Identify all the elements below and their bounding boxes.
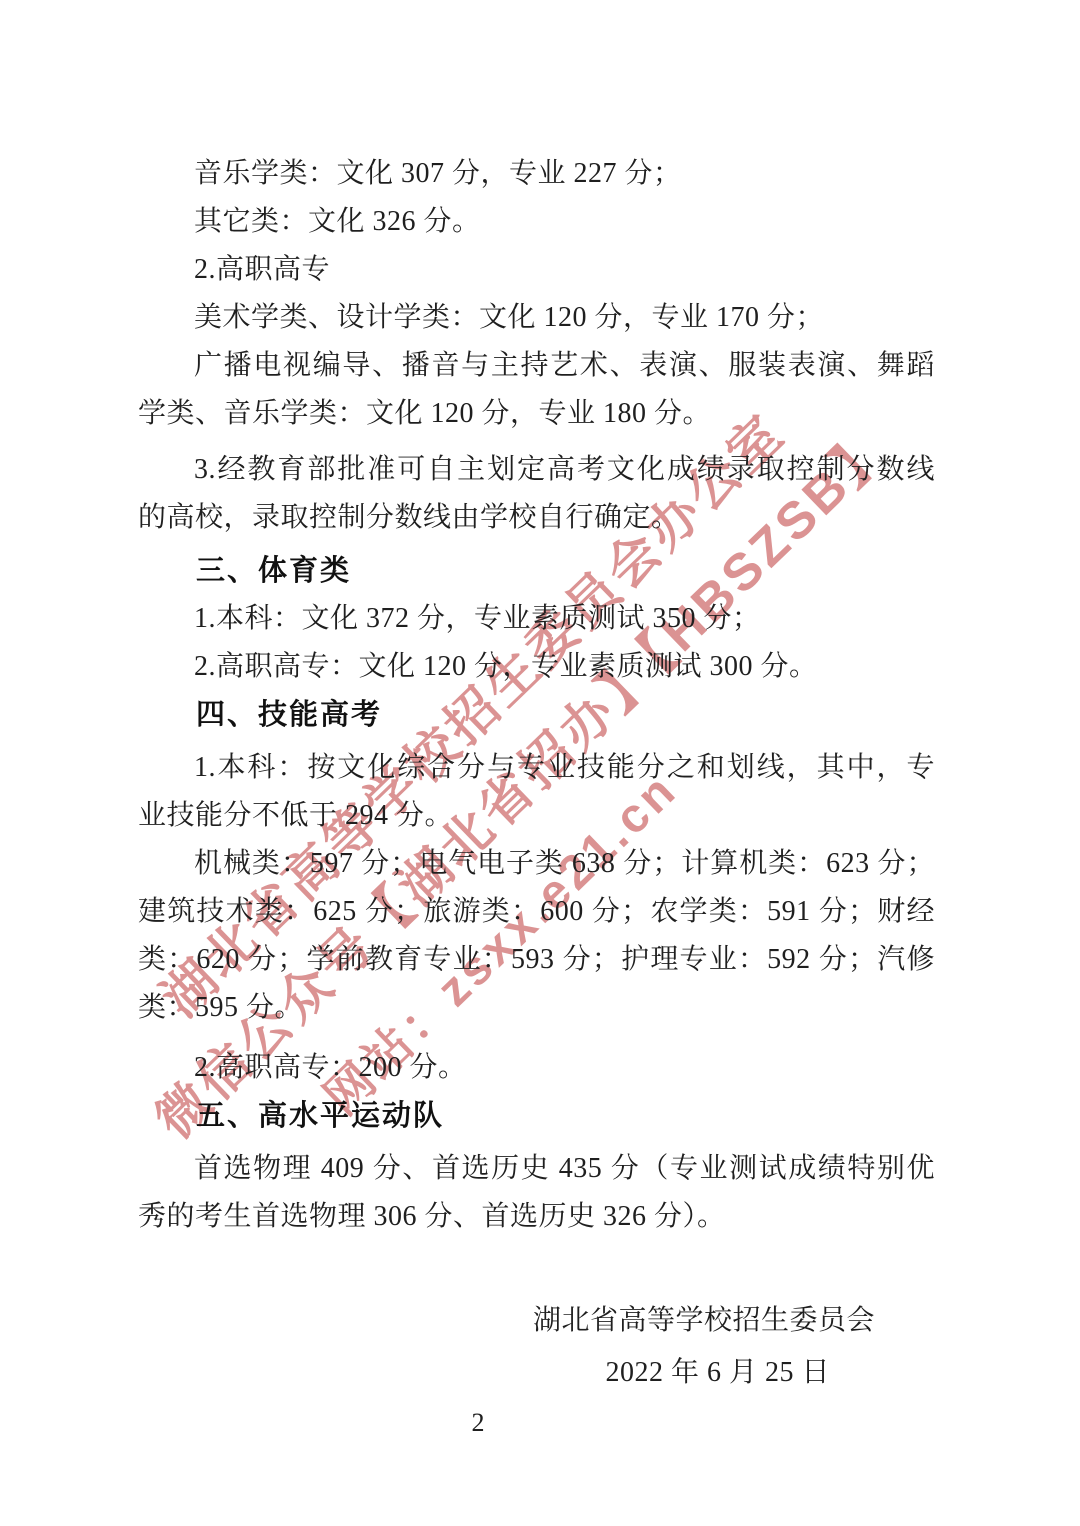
document-line: 2.高职高专 xyxy=(138,246,935,294)
document-body: 音乐学类：文化 307 分，专业 227 分； 其它类：文化 326 分。 2.… xyxy=(138,150,935,1397)
section-heading-sports-team: 五、高水平运动队 xyxy=(138,1092,935,1140)
date-line: 2022 年 6 月 25 日 xyxy=(138,1349,935,1397)
page-number: 2 xyxy=(462,1408,494,1438)
document-line: 2.高职高专：200 分。 xyxy=(138,1044,935,1092)
document-line: 3.经教育部批准可自主划定高考文化成绩录取控制分数线 xyxy=(138,446,935,494)
document-line: 1.本科：按文化综合分与专业技能分之和划线，其中，专 xyxy=(138,744,935,792)
document-line: 音乐学类：文化 307 分，专业 227 分； xyxy=(138,150,935,198)
document-line: 类：620 分；学前教育专业：593 分；护理专业：592 分；汽修 xyxy=(138,936,935,984)
document-line: 首选物理 409 分、首选历史 435 分（专业测试成绩特别优 xyxy=(138,1145,935,1193)
section-heading-sports: 三、体育类 xyxy=(138,547,935,595)
document-line: 其它类：文化 326 分。 xyxy=(138,198,935,246)
document-line: 的高校，录取控制分数线由学校自行确定。 xyxy=(138,494,935,542)
document-page: 湖北省高等学校招生委员会办公室 微信公众号【湖北省招办】【HBSZSB】 网站：… xyxy=(0,0,1080,1526)
document-line: 广播电视编导、播音与主持艺术、表演、服装表演、舞蹈 xyxy=(138,342,935,390)
document-line: 美术学类、设计学类：文化 120 分，专业 170 分； xyxy=(138,294,935,342)
document-line: 1.本科：文化 372 分，专业素质测试 350 分； xyxy=(138,595,935,643)
signature-block: 湖北省高等学校招生委员会 2022 年 6 月 25 日 xyxy=(138,1297,935,1397)
document-line: 学类、音乐学类：文化 120 分，专业 180 分。 xyxy=(138,390,935,438)
document-line: 类：595 分。 xyxy=(138,984,935,1032)
document-line: 机械类：597 分；电气电子类 638 分；计算机类：623 分； xyxy=(138,840,935,888)
document-line: 2.高职高专：文化 120 分，专业素质测试 300 分。 xyxy=(138,643,935,691)
signature: 湖北省高等学校招生委员会 xyxy=(138,1297,935,1345)
section-heading-skills-exam: 四、技能高考 xyxy=(138,691,935,739)
document-line: 业技能分不低于 294 分。 xyxy=(138,792,935,840)
document-line: 秀的考生首选物理 306 分、首选历史 326 分）。 xyxy=(138,1193,935,1241)
document-line: 建筑技术类：625 分；旅游类：600 分；农学类：591 分；财经 xyxy=(138,888,935,936)
